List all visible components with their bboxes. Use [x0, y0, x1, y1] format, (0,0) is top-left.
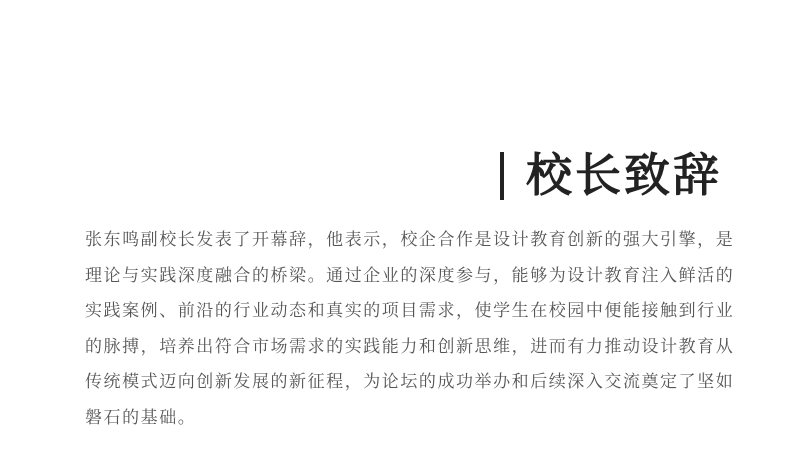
paragraph-line: 的脉搏，培养出符合市场需求的实践能力和创新思维，进而有力推动设计教育从 — [85, 332, 730, 368]
paragraph-line: 实践案例、前沿的行业动态和真实的项目需求，使学生在校园中便能接触到行业 — [85, 296, 730, 332]
paragraph-line: 磐石的基础。 — [85, 403, 730, 439]
paragraph-line: 理论与实践深度融合的桥梁。通过企业的深度参与，能够为设计教育注入鲜活的 — [85, 261, 730, 297]
speech-paragraph: 张东鸣副校长发表了开幕辞，他表示，校企合作是设计教育创新的强大引擎，是 理论与实… — [85, 225, 730, 438]
section-heading: 校长致辞 — [500, 146, 722, 204]
title-accent-bar — [500, 152, 504, 200]
paragraph-line: 传统模式迈向创新发展的新征程，为论坛的成功举办和后续深入交流奠定了坚如 — [85, 367, 730, 403]
paragraph-line: 张东鸣副校长发表了开幕辞，他表示，校企合作是设计教育创新的强大引擎，是 — [85, 225, 730, 261]
slide-page: 校长致辞 张东鸣副校长发表了开幕辞，他表示，校企合作是设计教育创新的强大引擎，是… — [0, 0, 800, 450]
page-title: 校长致辞 — [526, 146, 722, 204]
